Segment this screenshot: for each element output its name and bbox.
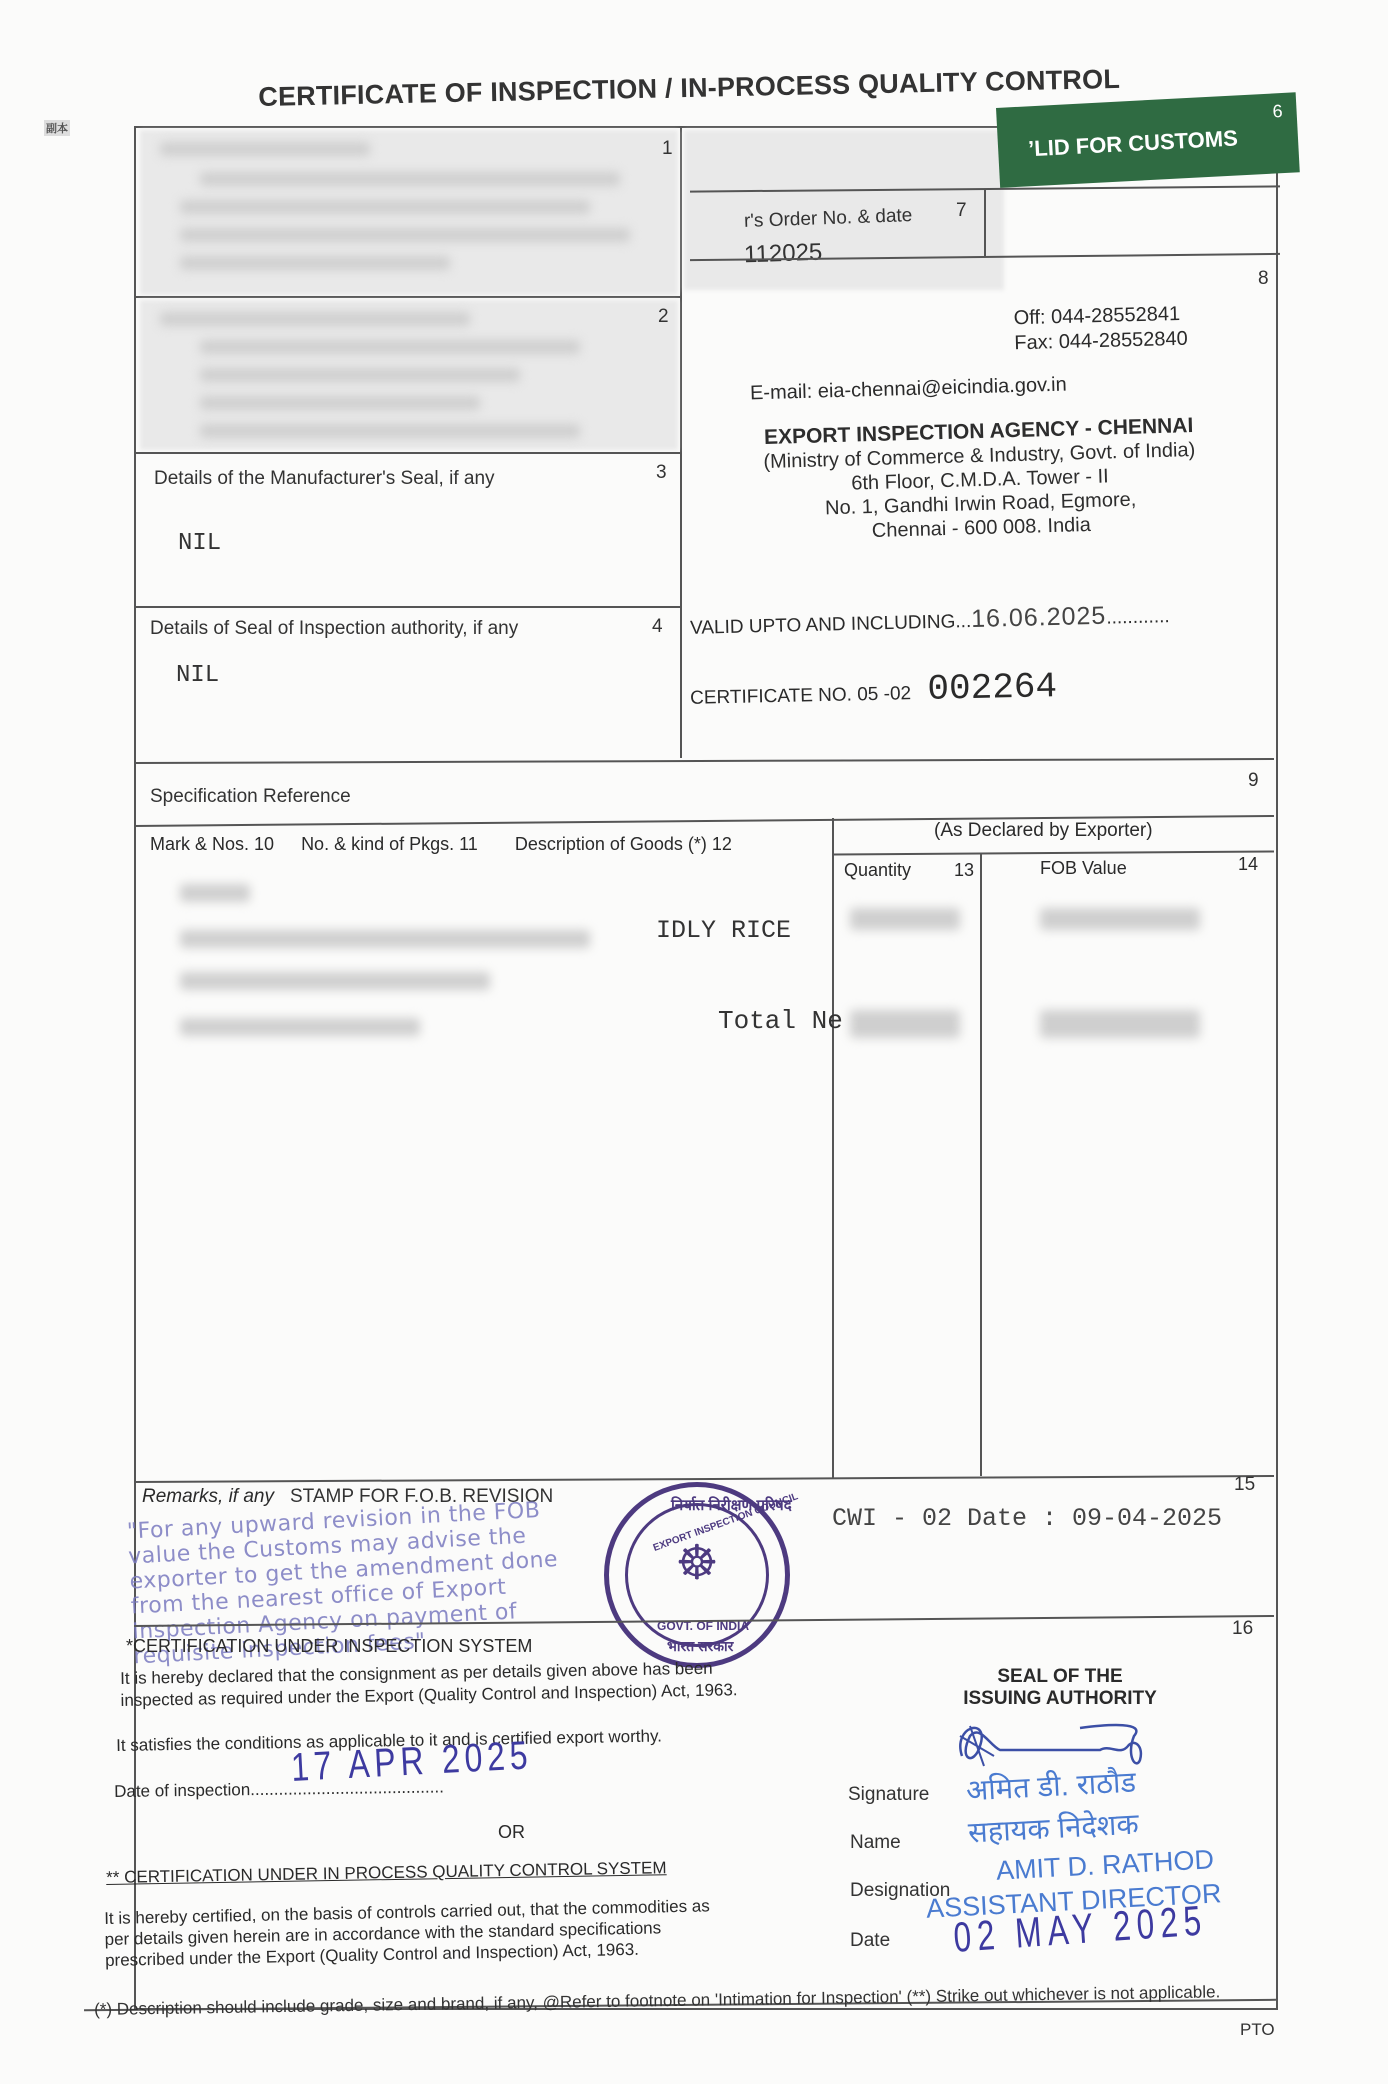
redacted-line [160,142,370,156]
redacted-marks [180,884,250,902]
certificate-number: 002264 [927,666,1057,710]
inspection-seal-value: NIL [176,662,219,689]
box2-number: 2 [658,306,669,328]
redacted-line [200,424,580,438]
signature-label: Signature [848,1784,929,1806]
box16-number: 16 [1232,1618,1253,1640]
box7-number: 7 [956,200,967,222]
fob-number: 14 [1238,854,1258,875]
spacer [690,598,1280,600]
goods-description: IDLY RICE [656,916,791,945]
box3-number: 3 [656,462,667,484]
date-label: Date [850,1930,890,1952]
divider [134,452,680,454]
order-value: 112025 [744,239,823,270]
quantity-number: 13 [954,860,974,881]
redacted-line [180,200,590,214]
redacted-line [200,172,620,186]
agency-contact: Off: 044-28552841 Fax: 044-28552840 [1013,302,1188,357]
description-header: Description of Goods (*) 12 [515,834,732,854]
column-divider [680,128,682,758]
validity-label: VALID UPTO AND INCLUDING... [690,611,972,639]
pto-label: PTO [1240,2020,1275,2040]
scan-mark: 副本 [44,120,70,136]
redacted-marks [180,1018,420,1036]
document-title: CERTIFICATE OF INSPECTION / IN-PROCESS Q… [258,64,1120,113]
certificate-row: CERTIFICATE NO. 05 -02 002264 [690,666,1058,715]
redacted-quantity [850,908,960,930]
marks-header: Mark & Nos. 10 [150,834,274,854]
divider [134,296,680,298]
total-net-label: Total Ne [718,1006,843,1036]
redacted-line [200,340,580,354]
agency-address-block: EXPORT INSPECTION AGENCY - CHENNAI (Mini… [718,413,1241,547]
goods-header-left: Mark & Nos. 10 No. & kind of Pkgs. 11 De… [150,834,732,855]
certificate-label: CERTIFICATE NO. 05 -02 [690,683,911,709]
redacted-marks [180,972,490,990]
box3-label: Details of the Manufacturer's Seal, if a… [154,468,495,490]
manufacturer-seal-value: NIL [178,530,221,557]
divider [984,190,986,256]
badge-text: ’LID FOR CUSTOMS [1028,125,1239,162]
seal-heading-line: ISSUING AUTHORITY [940,1688,1180,1710]
spec-reference-label: Specification Reference [150,786,351,808]
box1-number: 1 [662,138,673,160]
valid-for-customs-badge: ’LID FOR CUSTOMS 6 [996,92,1300,188]
box15-number: 15 [1234,1474,1255,1496]
divider [832,818,834,1478]
ipqc-declaration: It is hereby certified, on the basis of … [104,1895,711,1971]
box8-number: 8 [1258,268,1269,290]
seal-hindi-bottom: भारत सरकार [667,1637,733,1656]
validity-dots: ............ [1106,606,1170,629]
fax-number: Fax: 044-28552840 [1014,327,1188,357]
quantity-header: Quantity [844,860,911,881]
box9-number: 9 [1248,770,1259,792]
divider [980,854,982,1476]
divider [134,606,680,608]
declared-header: (As Declared by Exporter) [934,820,1153,842]
redacted-quantity [850,1010,960,1038]
redacted-fob [1040,1010,1200,1038]
redacted-line [200,368,520,382]
validity-date: 16.06.2025 [971,602,1107,633]
cwi-reference: CWI - 02 Date : 09-04-2025 [832,1504,1222,1533]
redacted-line [160,312,470,326]
or-separator: OR [498,1822,525,1843]
redacted-line [200,396,480,410]
national-emblem-icon: ☸ [667,1535,727,1615]
fob-header: FOB Value [1040,858,1127,879]
redacted-line [180,256,450,270]
redacted-fob [1040,908,1200,930]
seal-heading-line: SEAL OF THE [940,1666,1180,1688]
name-label: Name [850,1832,901,1854]
redacted-marks [180,930,590,948]
remarks-label-text: Remarks, if any [142,1486,274,1507]
pkgs-header: No. & kind of Pkgs. 11 [301,834,478,854]
certificate-page: 副本 CERTIFICATE OF INSPECTION / IN-PROCES… [0,0,1388,2084]
box4-number: 4 [652,616,663,638]
box4-label: Details of Seal of Inspection authority,… [150,618,518,640]
inspection-system-heading: *CERTIFICATION UNDER INSPECTION SYSTEM [126,1636,532,1657]
date-of-inspection-label: Date of inspection....... [114,1780,283,1801]
box6-number: 6 [1272,101,1283,122]
issuing-authority-heading: SEAL OF THE ISSUING AUTHORITY [940,1666,1180,1710]
remarks-label: Remarks, if any [142,1486,274,1508]
redacted-line [180,228,630,242]
export-inspection-council-seal: निर्यात निरीक्षण परिषद EXPORT INSPECTION… [604,1482,790,1668]
